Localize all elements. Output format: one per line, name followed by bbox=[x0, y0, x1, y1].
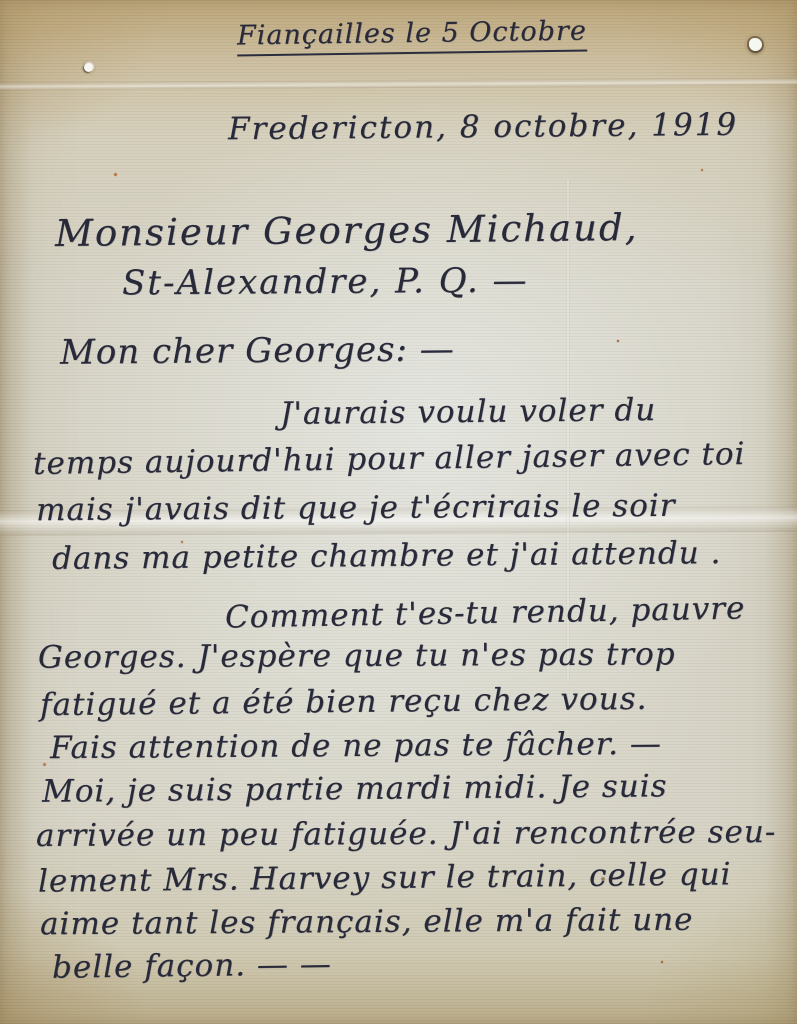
pinhole-right bbox=[749, 38, 762, 51]
letter-page: Fiançailles le 5 Octobre Fredericton, 8 … bbox=[0, 0, 797, 1024]
recipient-name: Monsieur Georges Michaud, bbox=[55, 209, 639, 252]
fold-crease-top bbox=[0, 78, 797, 91]
header-note: Fiançailles le 5 Octobre bbox=[237, 18, 587, 57]
body-line: aime tant les français, elle m'a fait un… bbox=[40, 905, 694, 941]
dateline: Fredericton, 8 octobre, 1919 bbox=[228, 110, 738, 145]
pinhole-left bbox=[84, 63, 93, 72]
body-line: lement Mrs. Harvey sur le train, celle q… bbox=[38, 859, 732, 897]
body-line: Comment t'es-tu rendu, pauvre bbox=[225, 593, 746, 633]
body-line: belle façon. — — bbox=[52, 949, 332, 983]
salutation: Mon cher Georges: — bbox=[60, 332, 455, 369]
body-line: Fais attention de ne pas te fâcher. — bbox=[50, 729, 662, 764]
body-line: temps aujourd'hui pour aller jaser avec … bbox=[33, 439, 746, 480]
body-line: mais j'avais dit que je t'écrirais le so… bbox=[36, 491, 676, 526]
body-line: arrivée un peu fatiguée. J'ai rencontrée… bbox=[36, 817, 776, 852]
body-line: J'aurais voulu voler du bbox=[280, 395, 656, 430]
body-line: Georges. J'espère que tu n'es pas trop bbox=[38, 639, 676, 673]
body-line: Moi, je suis partie mardi midi. Je suis bbox=[42, 771, 668, 807]
body-line: dans ma petite chambre et j'ai attendu . bbox=[52, 538, 722, 575]
recipient-address: St-Alexandre, P. Q. — bbox=[122, 264, 529, 301]
body-line: fatigué et a été bien reçu chez vous. bbox=[40, 684, 648, 721]
